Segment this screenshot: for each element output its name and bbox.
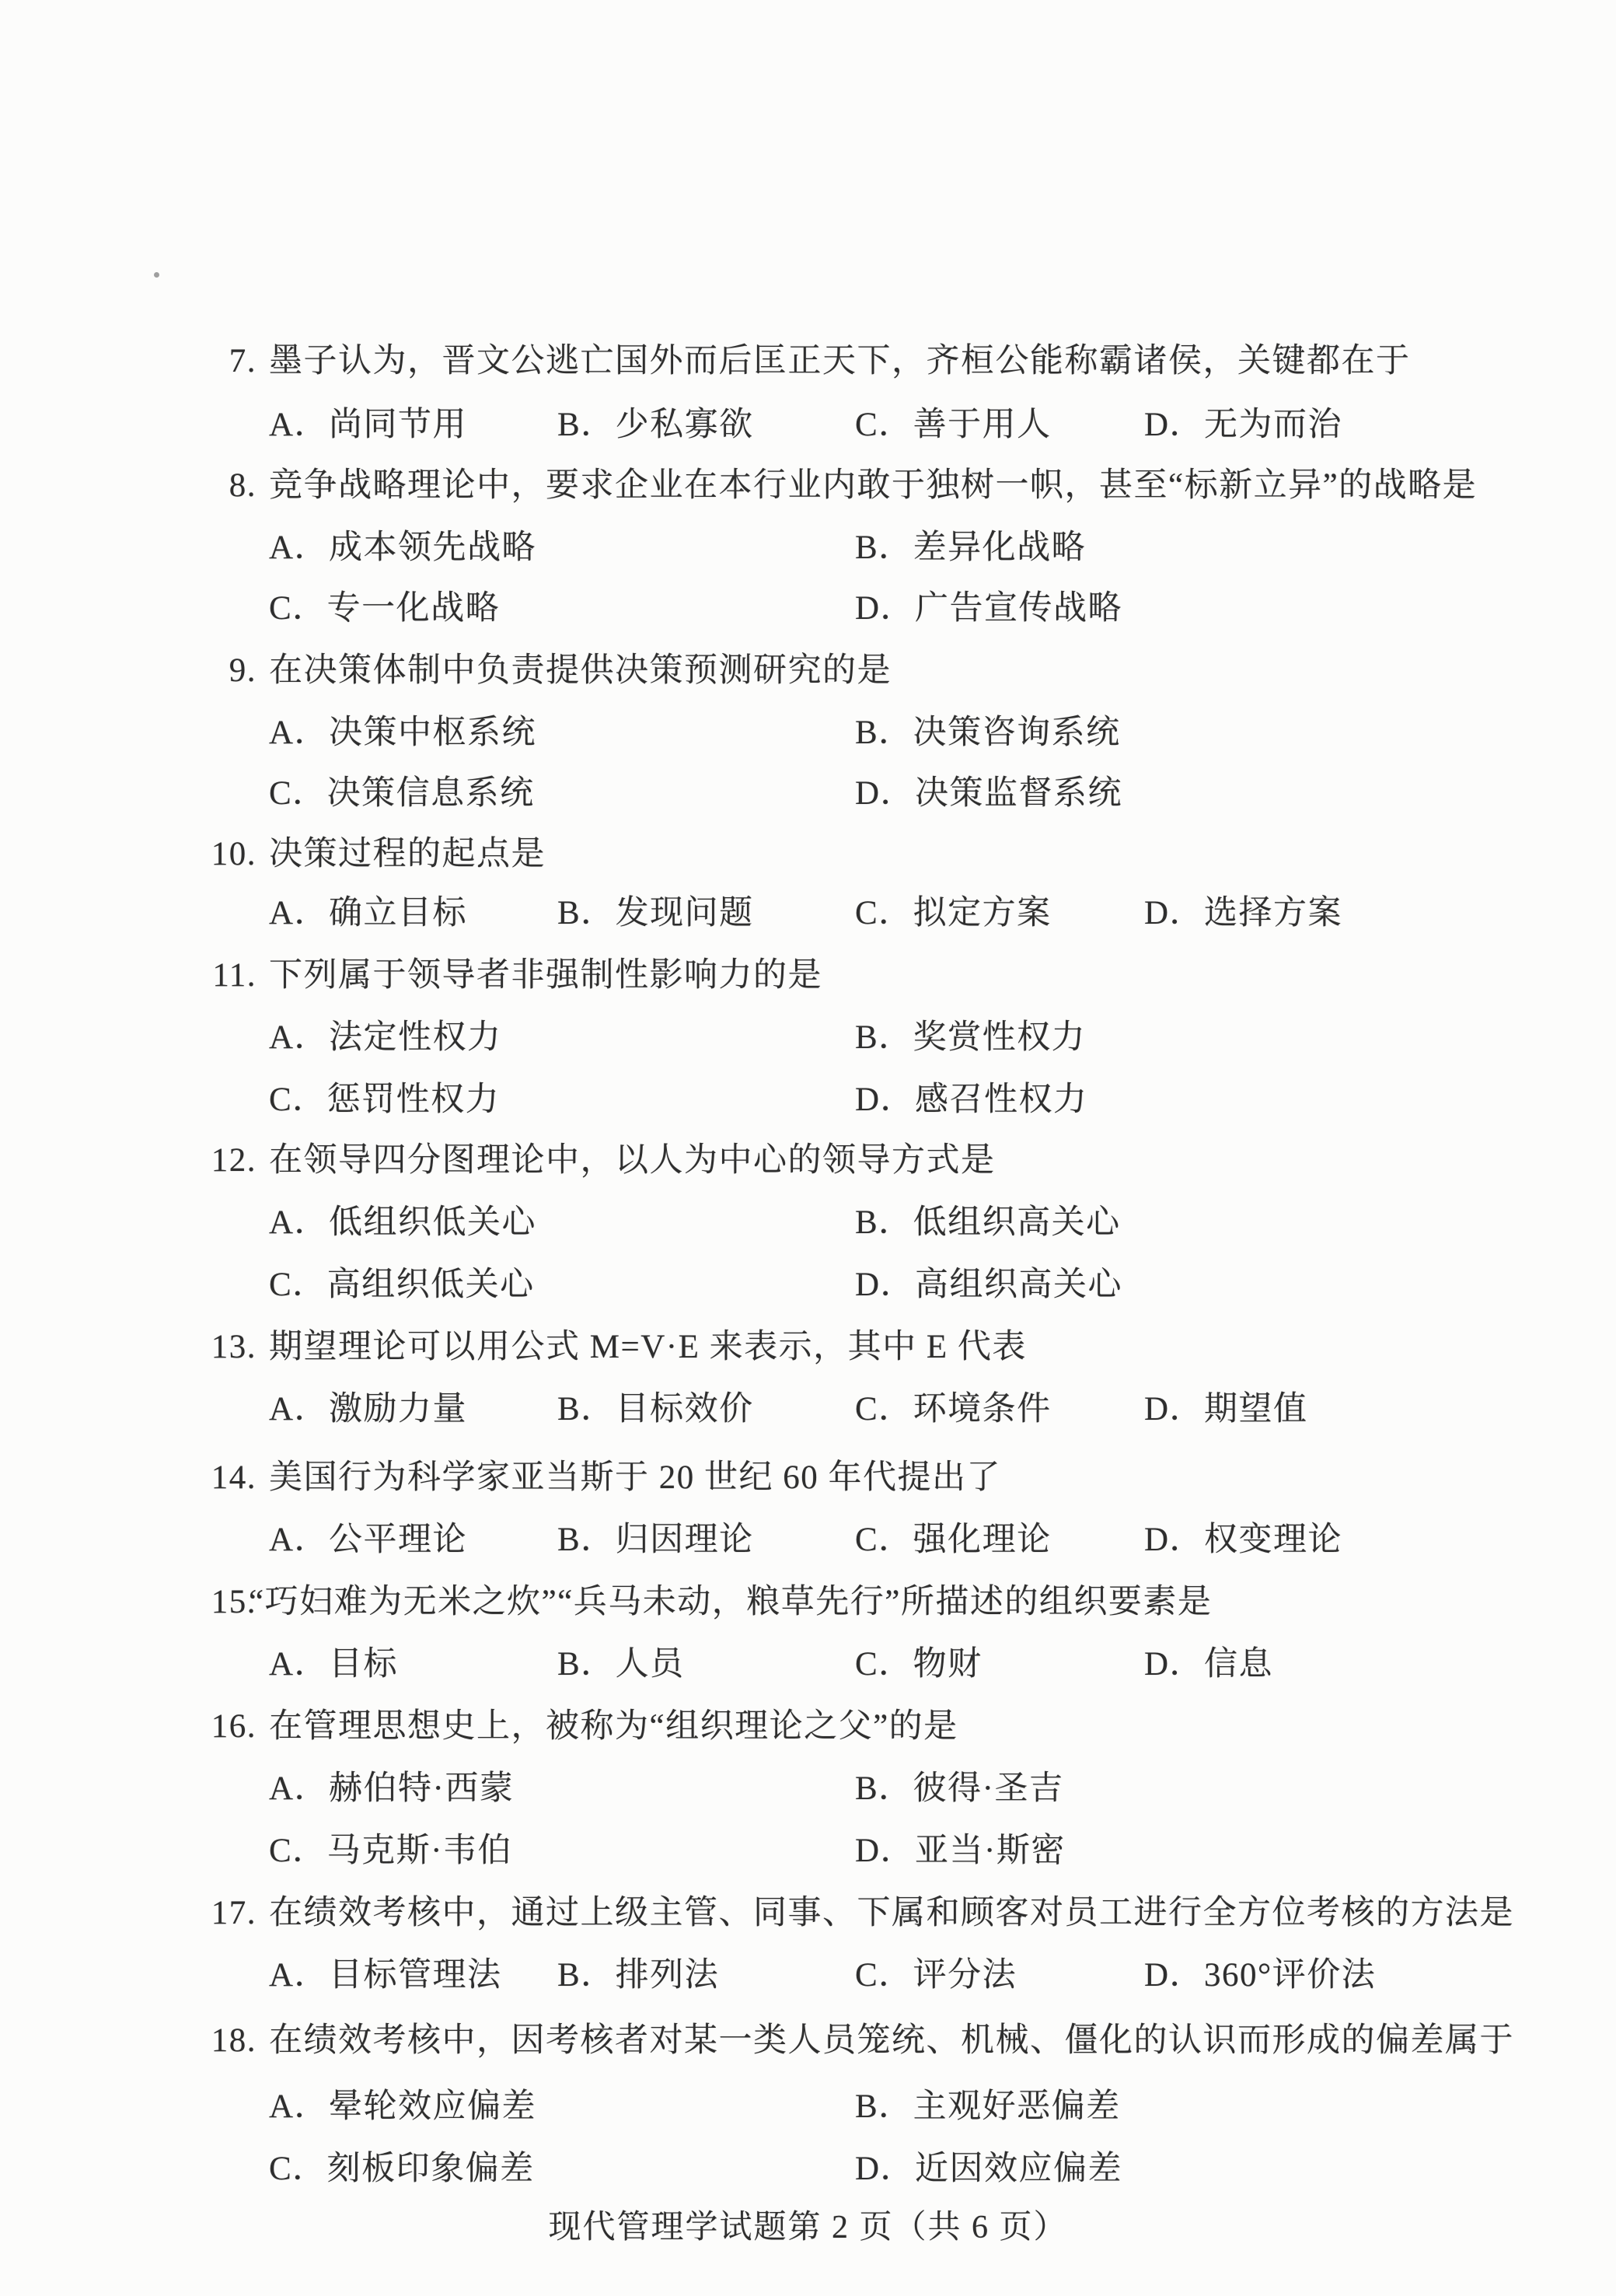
question-number: 18. bbox=[185, 2018, 257, 2064]
question-number: 11. bbox=[185, 953, 257, 998]
question-stem: 竞争战略理论中，要求企业在本行业内敢于独树一帜，甚至“标新立异”的战略是 bbox=[269, 463, 1477, 508]
option-a: A．决策中枢系统 bbox=[269, 711, 536, 756]
option-b: B．目标效价 bbox=[557, 1387, 754, 1432]
option-d: D．感召性权力 bbox=[855, 1078, 1088, 1123]
option-d: D．亚当·斯密 bbox=[855, 1829, 1066, 1874]
option-a: A．法定性权力 bbox=[269, 1015, 502, 1061]
question-stem: “巧妇难为无米之炊”“兵马未动，粮草先行”所描述的组织要素是 bbox=[249, 1580, 1212, 1625]
question-number: 13. bbox=[185, 1325, 257, 1370]
option-c: C．拟定方案 bbox=[855, 891, 1052, 936]
option-d: D．决策监督系统 bbox=[855, 771, 1122, 816]
option-b: B．低组织高关心 bbox=[855, 1200, 1121, 1246]
option-d: D．高组织高关心 bbox=[855, 1263, 1122, 1308]
option-a: A．目标 bbox=[269, 1642, 398, 1687]
question-number: 7. bbox=[185, 339, 257, 384]
option-b: B．奖赏性权力 bbox=[855, 1015, 1086, 1061]
question-number: 10. bbox=[185, 832, 257, 877]
question-stem: 期望理论可以用公式 M=V·E 来表示，其中 E 代表 bbox=[269, 1325, 1027, 1370]
option-d: D．无为而治 bbox=[1144, 403, 1342, 448]
question-stem: 下列属于领导者非强制性影响力的是 bbox=[269, 953, 822, 998]
option-a: A．确立目标 bbox=[269, 891, 467, 936]
option-d: D．选择方案 bbox=[1144, 891, 1342, 936]
option-c: C．环境条件 bbox=[855, 1387, 1052, 1432]
question-stem: 在领导四分图理论中，以人为中心的领导方式是 bbox=[269, 1138, 996, 1183]
page-footer: 现代管理学试题第 2 页（共 6 页） bbox=[0, 2205, 1616, 2250]
question-stem: 在绩效考核中，因考核者对某一类人员笼统、机械、僵化的认识而形成的偏差属于 bbox=[269, 2018, 1514, 2064]
question-number: 8. bbox=[185, 463, 257, 508]
question-number: 17. bbox=[185, 1891, 257, 1936]
question-stem: 墨子认为，晋文公逃亡国外而后匡正天下，齐桓公能称霸诸侯，关键都在于 bbox=[269, 339, 1411, 384]
option-b: B．人员 bbox=[557, 1642, 685, 1687]
option-a: A．激励力量 bbox=[269, 1387, 467, 1432]
option-a: A．成本领先战略 bbox=[269, 526, 536, 571]
option-c: C．善于用人 bbox=[855, 403, 1052, 448]
option-c: C．马克斯·韦伯 bbox=[269, 1829, 512, 1874]
option-c: C．决策信息系统 bbox=[269, 771, 535, 816]
question-number: 15. bbox=[185, 1580, 257, 1625]
option-c: C．高组织低关心 bbox=[269, 1263, 535, 1308]
option-a: A．目标管理法 bbox=[269, 1953, 502, 1998]
option-c: C．专一化战略 bbox=[269, 586, 500, 631]
question-stem: 在绩效考核中，通过上级主管、同事、下属和顾客对员工进行全方位考核的方法是 bbox=[269, 1891, 1514, 1936]
question-number: 12. bbox=[185, 1138, 257, 1183]
question-number: 14. bbox=[185, 1456, 257, 1501]
option-b: B．归因理论 bbox=[557, 1518, 754, 1563]
option-b: B．主观好恶偏差 bbox=[855, 2085, 1121, 2130]
option-c: C．强化理论 bbox=[855, 1518, 1052, 1563]
question-stem: 在管理思想史上，被称为“组织理论之父”的是 bbox=[269, 1704, 958, 1749]
option-a: A．晕轮效应偏差 bbox=[269, 2085, 536, 2130]
option-a: A．尚同节用 bbox=[269, 403, 467, 448]
option-d: D．近因效应偏差 bbox=[855, 2147, 1122, 2192]
option-a: A．低组织低关心 bbox=[269, 1200, 536, 1246]
option-d: D．期望值 bbox=[1144, 1387, 1308, 1432]
question-number: 16. bbox=[185, 1704, 257, 1749]
option-a: A．公平理论 bbox=[269, 1518, 467, 1563]
option-d: D．360°评价法 bbox=[1144, 1953, 1376, 1998]
option-d: D．信息 bbox=[1144, 1642, 1273, 1687]
question-stem: 决策过程的起点是 bbox=[269, 832, 546, 877]
option-d: D．广告宣传战略 bbox=[855, 586, 1122, 631]
question-stem: 美国行为科学家亚当斯于 20 世纪 60 年代提出了 bbox=[269, 1456, 1001, 1501]
option-b: B．差异化战略 bbox=[855, 526, 1086, 571]
option-b: B．排列法 bbox=[557, 1953, 719, 1998]
question-number: 9. bbox=[185, 648, 257, 694]
option-c: C．惩罚性权力 bbox=[269, 1078, 500, 1123]
option-a: A．赫伯特·西蒙 bbox=[269, 1767, 514, 1812]
scan-speck-artifact bbox=[154, 272, 159, 278]
option-c: C．刻板印象偏差 bbox=[269, 2147, 535, 2192]
option-d: D．权变理论 bbox=[1144, 1518, 1342, 1563]
option-c: C．评分法 bbox=[855, 1953, 1017, 1998]
option-c: C．物财 bbox=[855, 1642, 983, 1687]
option-b: B．彼得·圣吉 bbox=[855, 1767, 1064, 1812]
option-b: B．少私寡欲 bbox=[557, 403, 754, 448]
question-stem: 在决策体制中负责提供决策预测研究的是 bbox=[269, 648, 892, 694]
exam-page: 7. 墨子认为，晋文公逃亡国外而后匡正天下，齐桓公能称霸诸侯，关键都在于 A．尚… bbox=[0, 0, 1616, 2296]
option-b: B．决策咨询系统 bbox=[855, 711, 1121, 756]
option-b: B．发现问题 bbox=[557, 891, 754, 936]
